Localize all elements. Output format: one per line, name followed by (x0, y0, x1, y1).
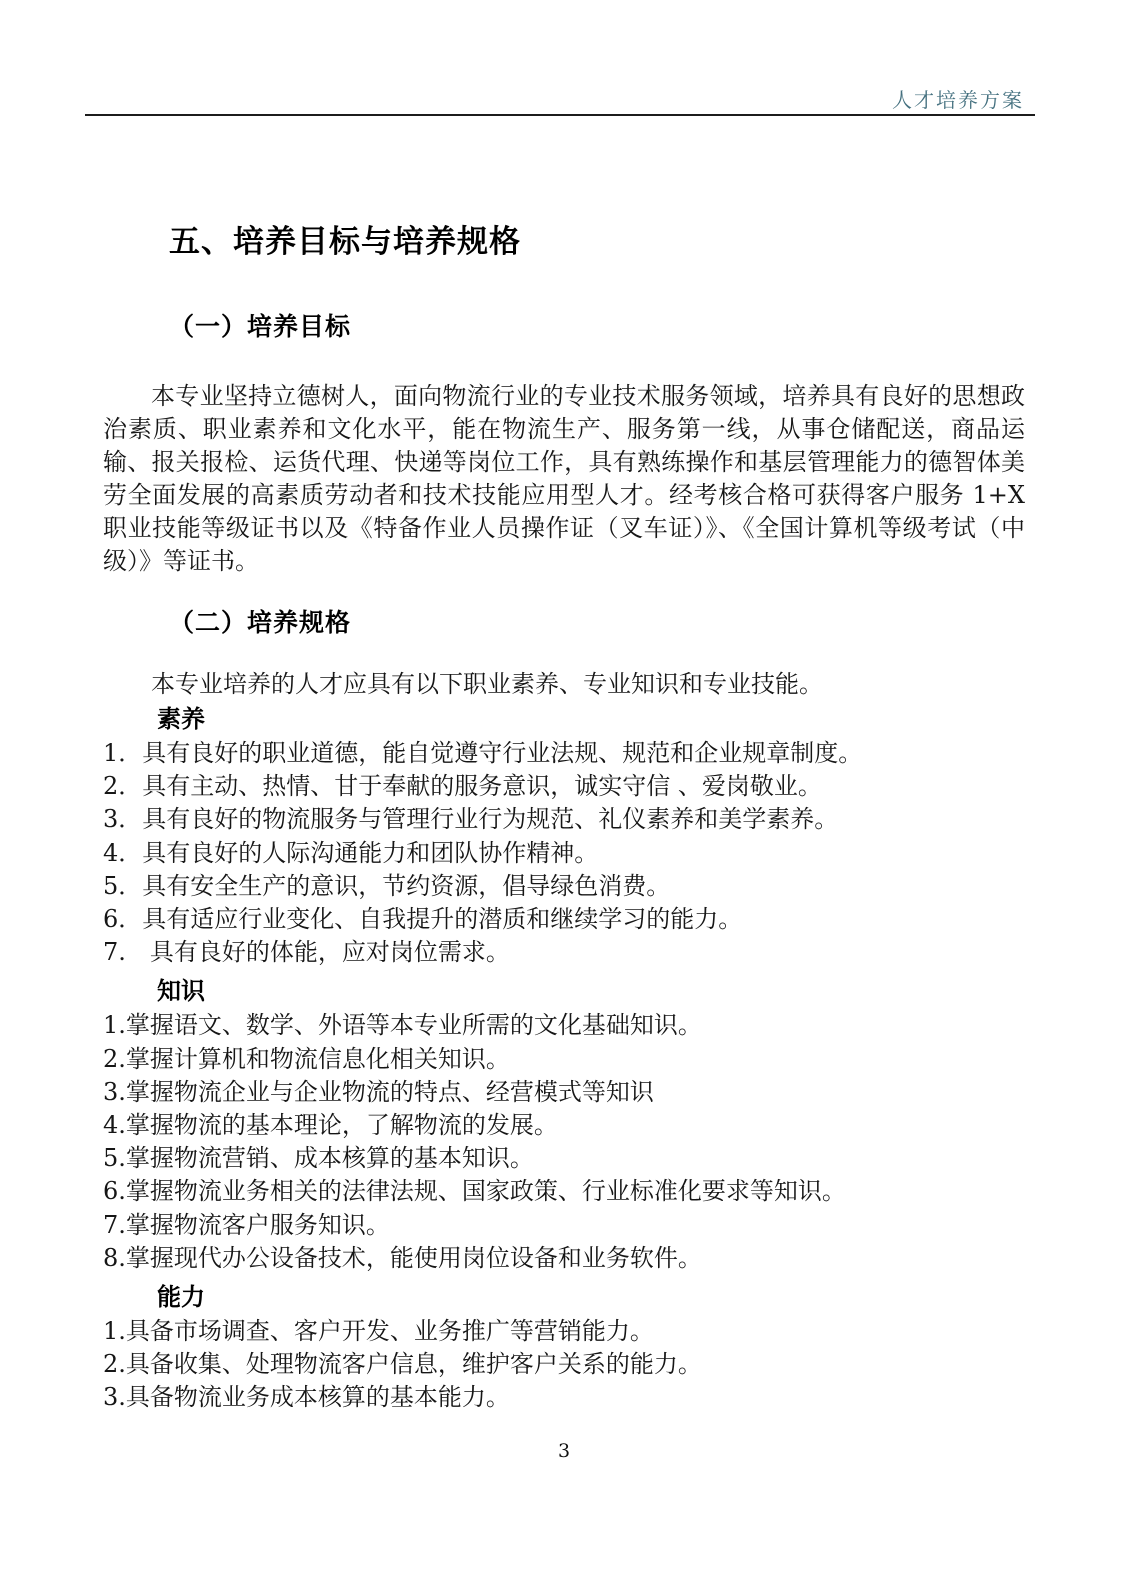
list-item: 1.掌握语文、数学、外语等本专业所需的文化基础知识。 (103, 1009, 1025, 1042)
list-item: 1．具有良好的职业道德，能自觉遵守行业法规、规范和企业规章制度。 (103, 737, 1025, 770)
page-number: 3 (0, 1440, 1128, 1462)
document-content: 五、培养目标与培养规格 （一）培养目标 本专业坚持立德树人，面向物流行业的专业技… (103, 224, 1025, 1415)
list-item: 5．具有安全生产的意识，节约资源，倡导绿色消费。 (103, 870, 1025, 903)
training-objective-paragraph: 本专业坚持立德树人，面向物流行业的专业技术服务领域，培养具有良好的思想政治素质、… (103, 380, 1025, 578)
subsection-heading-1: （一）培养目标 (169, 310, 1025, 344)
knowledge-heading: 知识 (157, 973, 1025, 1009)
subsection-heading-2: （二）培养规格 (169, 606, 1025, 640)
header-title: 人才培养方案 (892, 84, 1024, 113)
list-item: 5.掌握物流营销、成本核算的基本知识。 (103, 1142, 1025, 1175)
quality-list: 1．具有良好的职业道德，能自觉遵守行业法规、规范和企业规章制度。 2．具有主动、… (103, 737, 1025, 969)
header-rule (85, 114, 1035, 116)
list-item: 4.掌握物流的基本理论，了解物流的发展。 (103, 1109, 1025, 1142)
list-item: 3.掌握物流企业与企业物流的特点、经营模式等知识 (103, 1076, 1025, 1109)
list-item: 4．具有良好的人际沟通能力和团队协作精神。 (103, 837, 1025, 870)
ability-heading: 能力 (157, 1279, 1025, 1315)
list-item: 7. 具有良好的体能，应对岗位需求。 (103, 936, 1025, 969)
training-spec-intro: 本专业培养的人才应具有以下职业素养、专业知识和专业技能。 (103, 668, 1025, 701)
quality-heading: 素养 (157, 701, 1025, 737)
list-item: 2．具有主动、热情、甘于奉献的服务意识，诚实守信 、爱岗敬业。 (103, 770, 1025, 803)
knowledge-list: 1.掌握语文、数学、外语等本专业所需的文化基础知识。 2.掌握计算机和物流信息化… (103, 1009, 1025, 1275)
list-item: 1.具备市场调查、客户开发、业务推广等营销能力。 (103, 1315, 1025, 1348)
ability-list: 1.具备市场调查、客户开发、业务推广等营销能力。 2.具备收集、处理物流客户信息… (103, 1315, 1025, 1415)
list-item: 7.掌握物流客户服务知识。 (103, 1209, 1025, 1242)
list-item: 6．具有适应行业变化、自我提升的潜质和继续学习的能力。 (103, 903, 1025, 936)
list-item: 3．具有良好的物流服务与管理行业行为规范、礼仪素养和美学素养。 (103, 803, 1025, 836)
list-item: 8.掌握现代办公设备技术，能使用岗位设备和业务软件。 (103, 1242, 1025, 1275)
list-item: 6.掌握物流业务相关的法律法规、国家政策、行业标准化要求等知识。 (103, 1175, 1025, 1208)
list-item: 2.具备收集、处理物流客户信息，维护客户关系的能力。 (103, 1348, 1025, 1381)
section-heading: 五、培养目标与培养规格 (169, 224, 1025, 260)
list-item: 2.掌握计算机和物流信息化相关知识。 (103, 1043, 1025, 1076)
list-item: 3.具备物流业务成本核算的基本能力。 (103, 1381, 1025, 1414)
document-page: 人才培养方案 五、培养目标与培养规格 （一）培养目标 本专业坚持立德树人，面向物… (0, 0, 1128, 1572)
